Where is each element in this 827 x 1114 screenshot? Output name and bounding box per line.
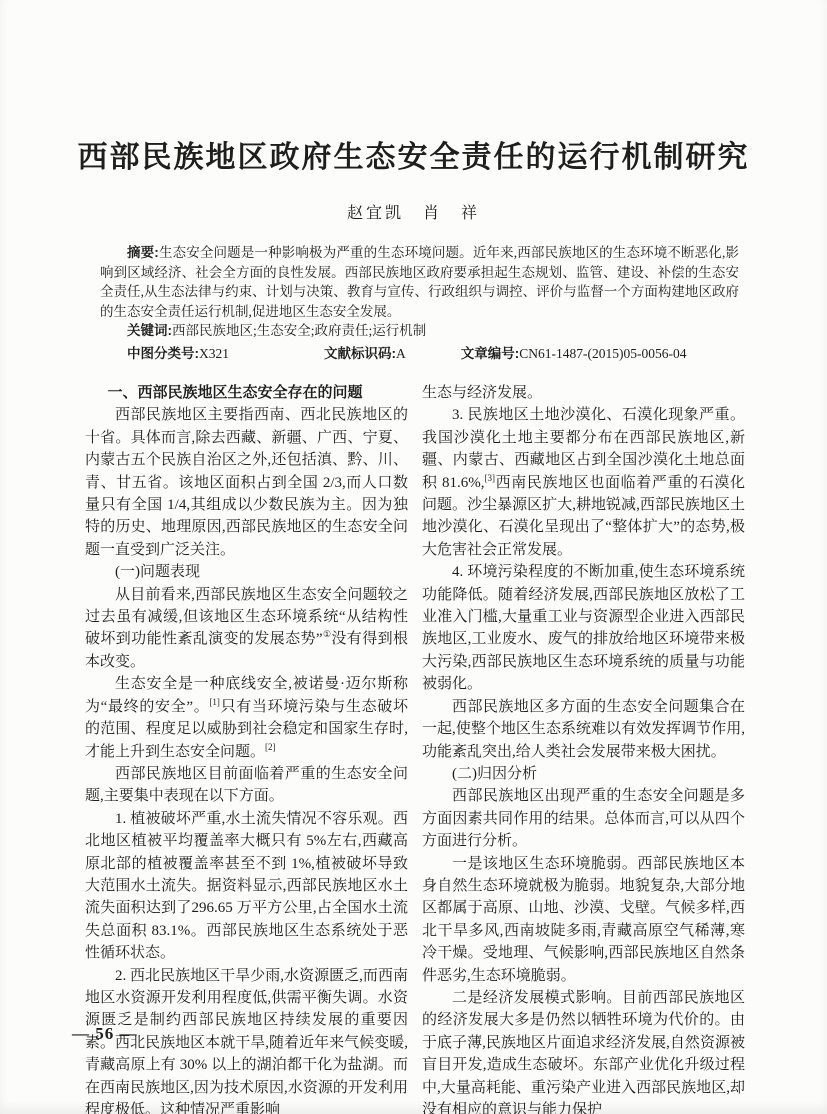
footnote-marker: ① <box>323 629 332 639</box>
body-paragraph: 一是该地区生态环境脆弱。西部民族地区本身自然生态环境就极为脆弱。地貌复杂,大部分… <box>422 853 745 987</box>
section-heading: 一、西部民族地区生态安全存在的问题 <box>85 382 408 404</box>
body-paragraph: 1. 植被破坏严重,水土流失情况不容乐观。西北地区植被平均覆盖率大概只有 5%左… <box>85 808 408 965</box>
classification-row: 中图分类号:X321 文献标识码:A 文章编号:CN61-1487-(2015)… <box>100 344 739 364</box>
clc-number: 中图分类号:X321 <box>127 344 229 364</box>
document-code-label: 文献标识码: <box>324 346 396 361</box>
abstract-text: 生态安全问题是一种影响极为严重的生态环境问题。近年来,西部民族地区的生态环境不断… <box>100 245 739 319</box>
subsection-heading: (二)归因分析 <box>422 763 745 785</box>
clc-value: X321 <box>199 346 229 361</box>
clc-label: 中图分类号: <box>127 346 199 361</box>
keywords-text: 西部民族地区;生态安全;政府责任;运行机制 <box>172 323 426 338</box>
page-number: — 56 — <box>72 1024 138 1044</box>
footnote-marker: [2] <box>265 742 276 752</box>
article-title: 西部民族地区政府生态安全责任的运行机制研究 <box>60 0 767 178</box>
body-paragraph: 4. 环境污染程度的不断加重,使生态环境系统功能降低。随着经济发展,西部民族地区… <box>422 561 745 695</box>
body-paragraph: 西部民族地区出现严重的生态安全问题是多方面因素共同作用的结果。总体而言,可以从四… <box>422 785 745 852</box>
keywords: 关键词:西部民族地区;生态安全;政府责任;运行机制 <box>100 321 739 341</box>
front-matter: 摘要:生态安全问题是一种影响极为严重的生态环境问题。近年来,西部民族地区的生态环… <box>100 243 739 341</box>
footnote-marker: [1] <box>209 697 220 707</box>
article-id-value: CN61-1487-(2015)05-0056-04 <box>519 346 686 361</box>
body-paragraph: 生态安全是一种底线安全,被诺曼·迈尔斯称为“最终的安全”。[1]只有当环境污染与… <box>85 673 408 763</box>
authors: 赵宜凯 肖 祥 <box>0 200 827 223</box>
body-paragraph: 西部民族地区多方面的生态安全问题集合在一起,使整个地区生态系统难以有效发挥调节作… <box>422 696 745 763</box>
document-code-value: A <box>396 346 406 361</box>
body-paragraph: 从目前看来,西部民族地区生态安全问题较之过去虽有减缓,但该地区生态环境系统“从结… <box>85 584 408 674</box>
abstract: 摘要:生态安全问题是一种影响极为严重的生态环境问题。近年来,西部民族地区的生态环… <box>100 243 739 321</box>
column-right: 生态与经济发展。3. 民族地区土地沙漠化、石漠化现象严重。我国沙漠化土地主要都分… <box>422 382 745 1114</box>
abstract-label: 摘要: <box>127 245 159 260</box>
body-paragraph: 西部民族地区主要指西南、西北民族地区的十省。具体而言,除去西藏、新疆、广西、宁夏… <box>85 404 408 561</box>
footnote-marker: [3] <box>485 473 496 483</box>
document-code: 文献标识码:A <box>324 344 406 364</box>
keywords-label: 关键词: <box>127 323 172 338</box>
body-paragraph: 二是经济发展模式影响。目前西部民族地区的经济发展大多是仍然以牺牲环境为代价的。由… <box>422 987 745 1114</box>
column-left: 一、西部民族地区生态安全存在的问题西部民族地区主要指西南、西北民族地区的十省。具… <box>85 382 408 1114</box>
journal-page: 西部民族地区政府生态安全责任的运行机制研究 赵宜凯 肖 祥 摘要:生态安全问题是… <box>0 0 827 1114</box>
body-columns: 一、西部民族地区生态安全存在的问题西部民族地区主要指西南、西北民族地区的十省。具… <box>85 382 745 1114</box>
body-paragraph: 西部民族地区目前面临着严重的生态安全问题,主要集中表现在以下方面。 <box>85 763 408 808</box>
body-paragraph: 3. 民族地区土地沙漠化、石漠化现象严重。我国沙漠化土地主要都分布在西部民族地区… <box>422 404 745 561</box>
article-id-label: 文章编号: <box>461 346 520 361</box>
article-id: 文章编号:CN61-1487-(2015)05-0056-04 <box>461 344 687 364</box>
body-paragraph: 生态与经济发展。 <box>422 382 745 404</box>
subsection-heading: (一)问题表现 <box>85 561 408 583</box>
